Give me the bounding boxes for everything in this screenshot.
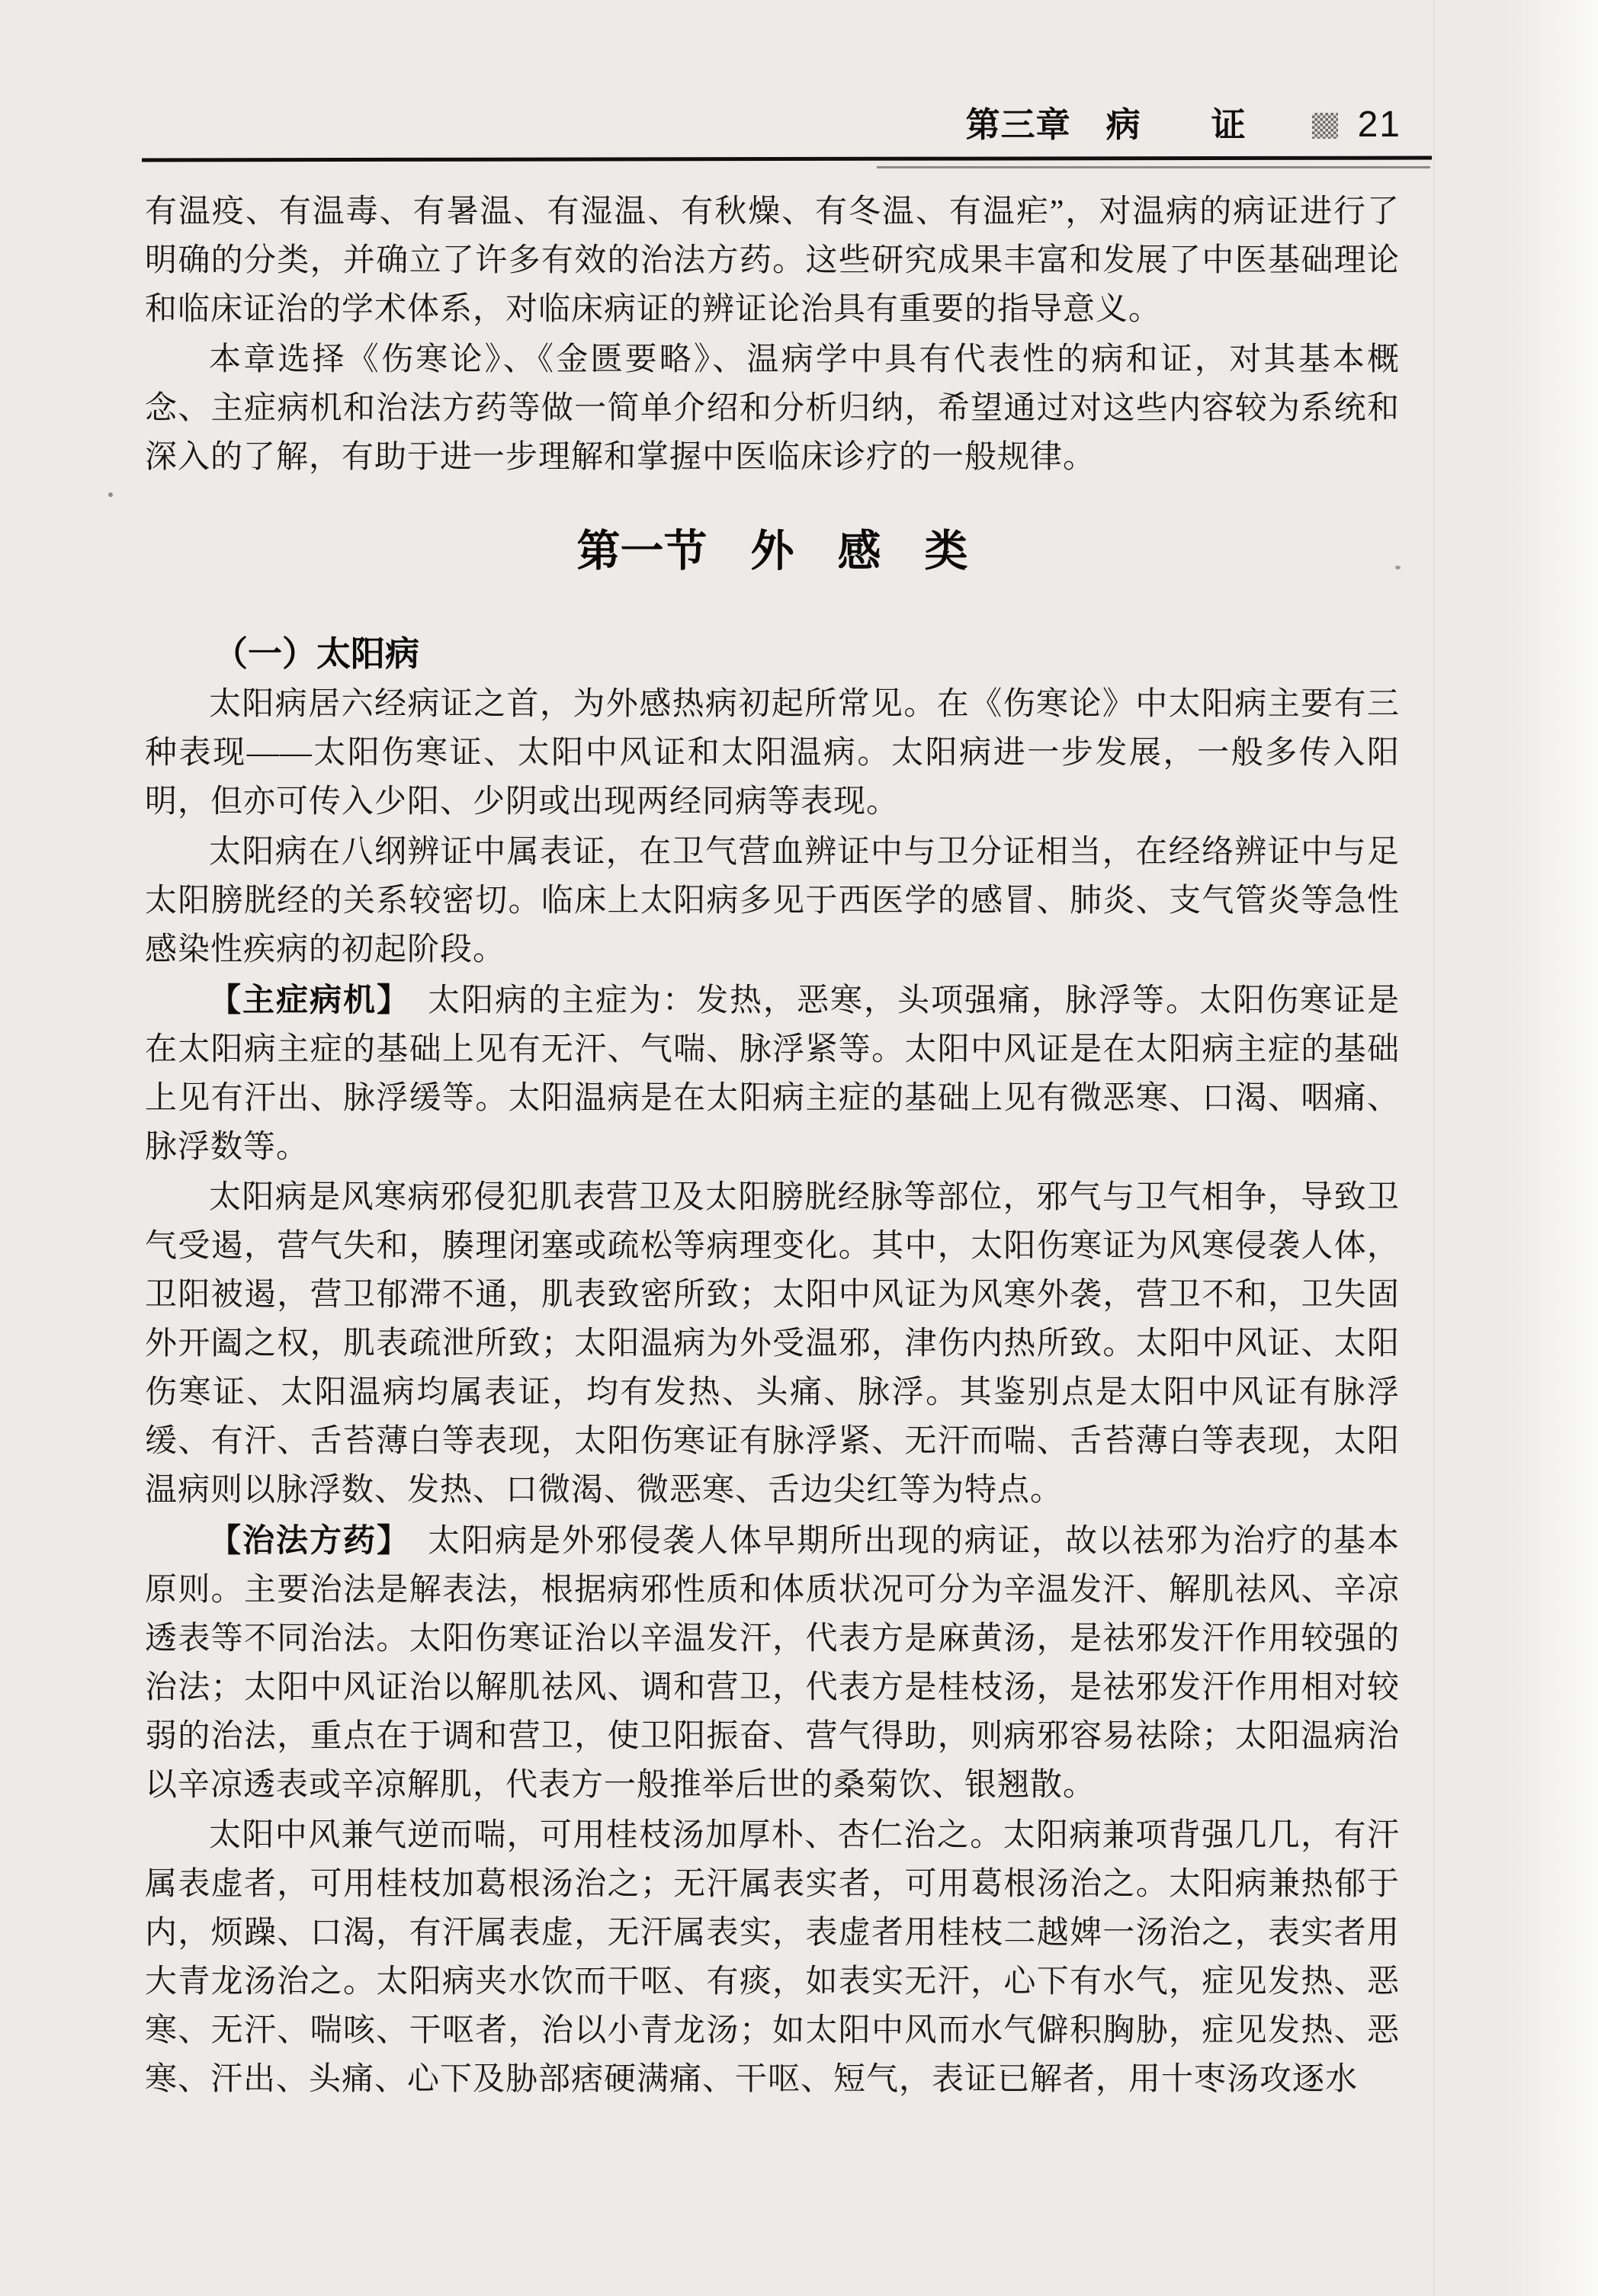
header-rule bbox=[142, 156, 1432, 162]
paragraph-text: 太阳病是风寒病邪侵犯肌表营卫及太阳膀胱经脉等部位，邪气与卫气相争，导致卫气受遏，… bbox=[145, 1180, 1400, 1508]
paragraph: 太阳病在八纲辨证中属表证，在卫气营血辨证中与卫分证相当，在经络辨证中与足太阳膀胱… bbox=[145, 828, 1400, 974]
running-head-title: 第三章 病 证 bbox=[966, 105, 1247, 144]
scan-speck bbox=[108, 492, 113, 497]
page-header: 第三章 病 证21 bbox=[0, 107, 1401, 152]
paragraph: 有温疫、有温毒、有暑温、有湿温、有秋燥、有冬温、有温疟”，对温病的病证进行了明确… bbox=[145, 188, 1400, 334]
page-body: 有温疫、有温毒、有暑温、有湿温、有秋燥、有冬温、有温疟”，对温病的病证进行了明确… bbox=[145, 188, 1400, 2105]
scan-edge-line bbox=[1433, 0, 1435, 2296]
paragraph: 【治法方药】太阳病是外邪侵袭人体早期所出现的病证，故以祛邪为治疗的基本原则。主要… bbox=[145, 1516, 1400, 1810]
paragraph-text: 太阳病在八纲辨证中属表证，在卫气营血辨证中与卫分证相当，在经络辨证中与足太阳膀胱… bbox=[145, 835, 1400, 967]
halftone-square-icon bbox=[1312, 113, 1338, 139]
paragraph-label: 【治法方药】 bbox=[209, 1522, 410, 1558]
paragraph-label: 【主症病机】 bbox=[209, 982, 410, 1018]
paragraph-text: 有温疫、有温毒、有暑温、有湿温、有秋燥、有冬温、有温疟”，对温病的病证进行了明确… bbox=[145, 194, 1400, 327]
page-number: 21 bbox=[1358, 107, 1401, 143]
section-heading: 第一节 外 感 类 bbox=[145, 524, 1400, 578]
paragraph: 太阳病是风寒病邪侵犯肌表营卫及太阳膀胱经脉等部位，邪气与卫气相争，导致卫气受遏，… bbox=[145, 1173, 1400, 1515]
book-page: 第三章 病 证21 有温疫、有温毒、有暑温、有湿温、有秋燥、有冬温、有温疟”，对… bbox=[0, 0, 1598, 2296]
paragraph-text: 太阳病是外邪侵袭人体早期所出现的病证，故以祛邪为治疗的基本原则。主要治法是解表法… bbox=[145, 1524, 1400, 1803]
header-rule-shadow bbox=[877, 166, 1430, 168]
paragraph: 太阳病居六经病证之首，为外感热病初起所常见。在《伤寒论》中太阳病主要有三种表现—… bbox=[145, 680, 1400, 826]
subsection-heading: （一）太阳病 bbox=[145, 630, 1400, 678]
paragraph-text: 太阳中风兼气逆而喘，可用桂枝汤加厚朴、杏仁治之。太阳病兼项背强几几，有汗属表虚者… bbox=[145, 1818, 1400, 2097]
paragraph: 【主症病机】太阳病的主症为：发热，恶寒，头项强痛，脉浮等。太阳伤寒证是在太阳病主… bbox=[145, 976, 1400, 1172]
scan-speck bbox=[1395, 566, 1401, 569]
paragraph-text: 太阳病居六经病证之首，为外感热病初起所常见。在《伤寒论》中太阳病主要有三种表现—… bbox=[145, 687, 1400, 819]
paragraph-text: 本章选择《伤寒论》、《金匮要略》、温病学中具有代表性的病和证，对其基本概念、主症… bbox=[145, 342, 1400, 475]
paragraph: 太阳中风兼气逆而喘，可用桂枝汤加厚朴、杏仁治之。太阳病兼项背强几几，有汗属表虚者… bbox=[145, 1811, 1400, 2104]
paragraph: 本章选择《伤寒论》、《金匮要略》、温病学中具有代表性的病和证，对其基本概念、主症… bbox=[145, 335, 1400, 482]
